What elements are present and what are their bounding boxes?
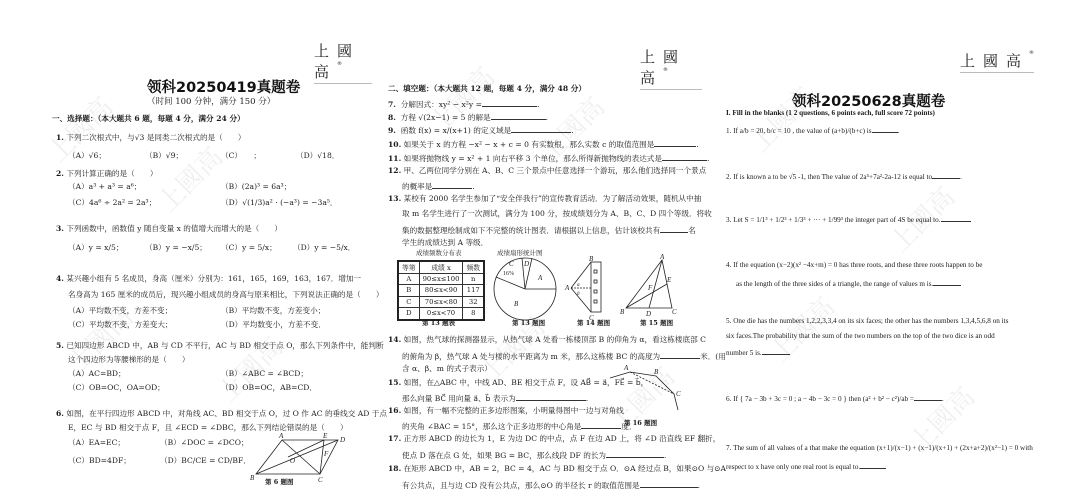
option-b: （B）∠ABC = ∠BCD； bbox=[221, 369, 308, 379]
svg-text:E: E bbox=[666, 276, 672, 284]
question-18-cont: 有公共点，且与边 CD 没有公共点，那么⊙O 的半径长 r 的取值范围是. bbox=[402, 479, 700, 491]
svg-text:F: F bbox=[647, 284, 653, 292]
table-row: A90≤x≤100n bbox=[398, 273, 484, 285]
option-b: （B）平均数不变，方差变小； bbox=[221, 306, 325, 316]
question-4: 4. 某兴趣小组有 5 名成员，身高（厘米）分别为：161，165，169，16… bbox=[56, 274, 361, 284]
cell: 90≤x≤100 bbox=[419, 273, 463, 285]
svg-text:C: C bbox=[318, 476, 323, 484]
table-row: C70≤x<8032 bbox=[398, 296, 484, 308]
question-11: 11. 如果将抛物线 y = x² + 1 向右平移 3 个单位，那么所得新抛物… bbox=[388, 152, 709, 164]
figure-15-caption: 第 15 题图 bbox=[640, 318, 673, 327]
svg-text:C: C bbox=[509, 260, 514, 268]
question-16-cont: 的夹角 ∠BAC = 15°，那么这个正多边形的中心角是度． bbox=[402, 420, 637, 432]
question-10: 10. 如果关于 x 的方程 −x² − x + c = 0 有实数根，那么实数… bbox=[388, 138, 699, 150]
exam-page-2: 上國高 上國高 上國高 上國高 上國高® 二、填空题：（本大题共 12 题，每题… bbox=[372, 0, 702, 502]
option-c: （C） ； bbox=[221, 151, 261, 161]
table-row: B80≤x<90117 bbox=[398, 285, 484, 297]
cell: D bbox=[398, 308, 419, 320]
cell: C bbox=[398, 296, 419, 308]
question-16: 16. 如图，有一幅不完整的正多边形图案，小明量得图中一边与对角线 bbox=[388, 406, 624, 416]
question-14: 14. 如图，热气球的探测器显示，从热气球 A 处看一栋楼顶部 B 的仰角为 α… bbox=[388, 335, 706, 345]
option-a: （A）AC=BD； bbox=[68, 369, 126, 379]
logo: 上國高® bbox=[640, 46, 702, 90]
table-header-row: 等第 成绩 x 频数 bbox=[398, 261, 484, 273]
question-2: 2. 下列计算正确的是（ ） bbox=[56, 169, 157, 179]
svg-text:A: A bbox=[564, 284, 570, 292]
figure-caption: 第 6 题图 bbox=[265, 477, 294, 486]
figure-14-caption: 第 14 题图 bbox=[577, 318, 610, 327]
question-6: 6. If { 7a − 3b + 3c = 0 ; a − 4b − 3c =… bbox=[726, 392, 944, 404]
question-4: 4. If the equation (x−2)(x² −4x+m) = 0 h… bbox=[726, 260, 982, 270]
option-b: （B）∠DOC = ∠DCO； bbox=[160, 438, 249, 448]
option-b: （B）√9； bbox=[145, 151, 183, 161]
question-8: 8. 方程 √(2x−1) = 5 的解是. bbox=[388, 111, 548, 123]
question-5: 5. One die has the numbers 1,2,2,3,3,4 o… bbox=[726, 316, 1008, 326]
section-heading: 二、填空题：（本大题共 12 题，每题 4 分，满分 48 分） bbox=[388, 84, 586, 94]
option-b: （B）(2a)³ = 6a³； bbox=[221, 182, 291, 192]
option-d: （D）√(1/3)a² · (−a³) = −3a⁵． bbox=[221, 198, 337, 208]
option-a: （A）平均数不变，方差不变； bbox=[68, 306, 172, 316]
option-c: （C）OB=OC，OA=OD； bbox=[68, 383, 165, 393]
option-c: （C）4a⁶ ÷ 2a² = 2a³； bbox=[68, 198, 156, 208]
figure-16: ABC bbox=[608, 368, 678, 418]
option-d: （D）平均数变小，方差不变． bbox=[221, 320, 326, 330]
question-7: 7. 分解因式：xy² − x²y =. bbox=[388, 98, 539, 110]
figure-16-caption: 第 16 题图 bbox=[624, 418, 657, 427]
question-5-cont: 这个四边形为等腰梯形的是（ ） bbox=[68, 355, 190, 365]
svg-text:E: E bbox=[322, 432, 328, 440]
question-13-cont: 取 m 名学生进行了一次测试，满分为 100 分，按成绩划分为 A、B、C、D … bbox=[402, 209, 712, 219]
section-heading: 一、选择题：（本大题共 6 题，每题 4 分，满分 24 分） bbox=[52, 114, 245, 124]
cell: B bbox=[398, 285, 419, 297]
question-18: 18. 在矩形 ABCD 中，AB = 2，BC = 4，AC 与 BD 相交于… bbox=[388, 464, 726, 474]
option-a: （A）EA=EC； bbox=[68, 438, 125, 448]
question-2: 2. If is known a to be √5 -1, then The v… bbox=[726, 170, 962, 182]
header-cell: 频数 bbox=[463, 261, 484, 273]
question-17-cont: 使点 D 落在点 G 处，如果 BG = BC，那么线段 DF 的长为. bbox=[402, 449, 666, 461]
logo: 上國高® bbox=[960, 50, 1034, 73]
svg-text:A: A bbox=[278, 432, 284, 440]
cell: A bbox=[398, 273, 419, 285]
page-subtitle: （时间 100 分钟，满分 150 分） bbox=[147, 95, 275, 107]
question-5-cont: six faces.The probability that the sum o… bbox=[726, 331, 995, 341]
option-c: （C）y = 5/x； bbox=[221, 243, 277, 253]
option-d: （D）BC/CE = CD/BF． bbox=[160, 456, 251, 466]
question-3: 3. Let S = 1/1³ + 1/2³ + 1/3³ + ··· + 1/… bbox=[726, 213, 971, 225]
exam-page-3: 上國高 上國高 上國高 上國高 上國高® 领科20250628真题卷 I. Fi… bbox=[702, 0, 1080, 502]
option-d: （D）y = −5/x． bbox=[293, 243, 355, 253]
svg-text:16%: 16% bbox=[503, 271, 514, 277]
question-13-cont: 集的数据整理绘制成如下不完整的统计图表．请根据以上信息，估计该校共有名 bbox=[402, 224, 696, 236]
logo: 上國高® bbox=[314, 40, 372, 84]
question-13: 13. 某校有 2000 名学生参加了“安全伴我行”的宣传教育活动．为了解活动效… bbox=[388, 194, 701, 204]
header-cell: 成绩 x bbox=[419, 261, 463, 273]
svg-text:B: B bbox=[514, 300, 519, 308]
svg-text:F: F bbox=[323, 450, 329, 458]
question-4-cont: as the length of the three sides of a tr… bbox=[736, 277, 961, 289]
svg-text:D: D bbox=[339, 436, 345, 444]
svg-text:B: B bbox=[250, 474, 255, 482]
option-c: （C）BD=4DF； bbox=[68, 456, 131, 466]
table-caption: 第 13 题表 bbox=[422, 318, 455, 327]
page-title: 领科20250419真题卷 bbox=[147, 76, 300, 97]
svg-text:β: β bbox=[576, 292, 580, 297]
question-15-cont: 那么向量 BC⃗ 用向量 a⃗、b⃗ 表示为. bbox=[402, 392, 588, 404]
pie-chart: CDAB 16% bbox=[492, 256, 562, 322]
header-cell: 等第 bbox=[398, 261, 419, 273]
option-d: （D）√18． bbox=[296, 151, 339, 161]
cell: 32 bbox=[463, 296, 484, 308]
svg-text:A: A bbox=[623, 364, 629, 372]
cell: 117 bbox=[463, 285, 484, 297]
frequency-table: 等第 成绩 x 频数 A90≤x≤100n B80≤x<90117 C70≤x<… bbox=[397, 260, 485, 321]
svg-text:α: α bbox=[577, 283, 580, 288]
question-6: 6. 如图，在平行四边形 ABCD 中，对角线 AC、BD 相交于点 O，过 O… bbox=[56, 409, 387, 419]
question-7: 7. The sum of all values of a that make … bbox=[726, 443, 1033, 453]
svg-text:C: C bbox=[672, 308, 677, 316]
svg-text:A: A bbox=[659, 253, 665, 261]
svg-text:O: O bbox=[290, 457, 295, 465]
question-17: 17. 正方形 ABCD 的边长为 1，E 为边 DC 的中点，点 F 在边 A… bbox=[388, 434, 720, 444]
svg-text:B: B bbox=[620, 308, 625, 316]
question-12: 12. 甲、乙两位同学分别在 A、B、C 三个景点中任意选择一个游玩，那么他们选… bbox=[388, 166, 706, 176]
cell: 80≤x<90 bbox=[419, 285, 463, 297]
question-14-cont: 含 α、β、m 的式子表示） bbox=[402, 364, 492, 374]
svg-text:D: D bbox=[645, 310, 651, 318]
question-4-cont: 名身高为 165 厘米的成员后，现兴趣小组成员的身高与原来相比，下列说法正确的是… bbox=[68, 290, 383, 300]
exam-page-1: 上國高 上國高 上國高 上國高 上國高® 领科20250419真题卷 （时间 1… bbox=[0, 0, 372, 502]
section-heading: I. Fill in the blanks (1 2 questions, 6 … bbox=[726, 108, 935, 118]
pie-caption: 第 13 题图 bbox=[512, 318, 545, 327]
option-c: （C）平均数不变，方差变大； bbox=[68, 320, 173, 330]
question-14-cont: 的俯角为 β，热气球 A 处与楼的水平距离为 m 米，那么这栋楼 BC 的高度为… bbox=[402, 350, 726, 362]
question-9: 9. 函数 f(x) = x/(x+1) 的定义域是. bbox=[388, 124, 574, 136]
svg-text:B: B bbox=[654, 368, 659, 376]
question-5-cont: number 5 is. bbox=[726, 346, 790, 358]
option-d: （D）OB=OC，AB=CD． bbox=[221, 383, 317, 393]
question-1: 1. 下列二次根式中，与√3 是同类二次根式的是（ ） bbox=[56, 133, 246, 143]
question-12-cont: 的概率是. bbox=[402, 180, 475, 192]
figure-14: ABC αβ bbox=[567, 258, 617, 318]
table-title: 成绩频数分布表 bbox=[416, 248, 462, 257]
option-a: （A）√6； bbox=[68, 151, 106, 161]
question-13-cont: 学生的成绩达到 A 等级． bbox=[402, 238, 488, 248]
cell: n bbox=[463, 273, 484, 285]
option-b: （B）y = −x/5； bbox=[145, 243, 207, 253]
svg-text:A: A bbox=[537, 274, 543, 282]
question-7-cont: respect to x have only one real root is … bbox=[726, 460, 886, 472]
svg-text:B: B bbox=[589, 255, 594, 263]
option-a: （A）a³ + a³ = a⁶； bbox=[68, 182, 141, 192]
figure-15: ABC DEF bbox=[622, 256, 682, 316]
cell: 70≤x<80 bbox=[419, 296, 463, 308]
question-3: 3. 下列函数中，函数值 y 随自变量 x 的值增大而增大的是（ ） bbox=[56, 224, 282, 234]
svg-text:C: C bbox=[676, 390, 681, 398]
svg-text:D: D bbox=[523, 260, 529, 268]
option-a: （A）y = x/5； bbox=[68, 243, 123, 253]
question-1: 1. If a/b = 20, b/c = 10 , the value of … bbox=[726, 124, 899, 136]
cell: 8 bbox=[463, 308, 484, 320]
question-5: 5. 已知四边形 ABCD 中，AB 与 CD 不平行，AC 与 BD 相交于点… bbox=[56, 341, 384, 351]
